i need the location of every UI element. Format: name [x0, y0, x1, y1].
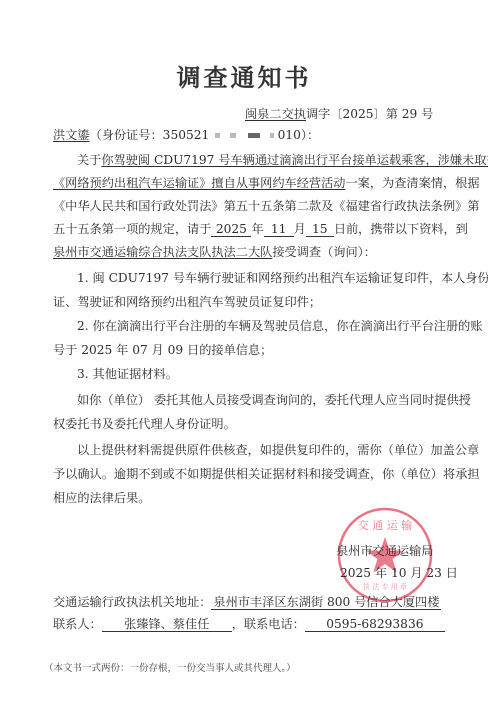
svg-text:执 法 专 用 章: 执 法 专 用 章	[363, 582, 407, 591]
item-1-cont: 证、驾驶证和网络预约出租汽车驾驶员证复印件；	[53, 294, 321, 310]
recipient-id-prefix: （身份证号：350521	[90, 128, 210, 142]
contact-person-label: 联系人：	[53, 617, 102, 631]
body-line: 泉州市交通运输综合执法支队执法二大队接受调查（询问）：	[53, 244, 376, 260]
footnote: （本文书一式两份：一份存根，一份交当事人或其代理人。）	[44, 660, 296, 674]
text: 月	[294, 222, 306, 236]
body-line: 权委托书及委托代理人身份证明。	[53, 416, 236, 432]
redaction-mark	[270, 133, 274, 138]
doc-issuer: 闽泉二交执	[245, 107, 306, 121]
redaction-mark	[248, 133, 260, 138]
body-line: 如你（单位） 委托其他人员接受调查询问的，委托代理人应当同时提供授	[77, 392, 471, 408]
doc-number-rest: 调字〔2025〕第 29 号	[306, 107, 433, 121]
body-line: 五十五条第一项的规定，请于2025年11月15日前，携带以下资料，到	[53, 221, 468, 237]
recipient-id-suffix: 010）：	[278, 128, 320, 142]
deadline-month: 11	[264, 222, 294, 237]
phone-value: 0595-68293836	[305, 617, 445, 632]
text: 日前，携带以下资料，到	[334, 222, 468, 236]
body-line: 予以确认。逾期不到或不如期提供相关证据材料和接受调查，你（单位）将承担	[53, 466, 480, 482]
document-title: 调查通知书	[0, 58, 488, 93]
text: 一案，为查清案情，根据	[346, 176, 480, 190]
address-value: 泉州市丰泽区东湖街 800 号信合大厦四楼	[211, 595, 441, 610]
recipient-line: 洪文鎏（身份证号：350521 010）：	[53, 127, 319, 143]
document-page: 调查通知书 闽泉二交执调字〔2025〕第 29 号 洪文鎏（身份证号：35052…	[0, 0, 488, 719]
phone-label: ，联系电话：	[232, 617, 305, 631]
body-line: 相应的法律后果。	[53, 490, 151, 506]
recipient-name: 洪文鎏	[53, 128, 90, 142]
body-line: 《中华人民共和国行政处罚法》第五十五条第二款及《福建省行政执法条例》第	[53, 198, 480, 214]
svg-text:交 通 运 输: 交 通 运 输	[358, 518, 413, 532]
address-label: 交通运输行政执法机关地址：	[53, 595, 211, 609]
body-line: 以上提供材料需提供原件供核查，如提供复印件的，需你（单位）加盖公章	[77, 442, 479, 458]
address-row: 交通运输行政执法机关地址：泉州市丰泽区东湖街 800 号信合大厦四楼	[53, 594, 441, 610]
text: 年	[251, 222, 263, 236]
deadline-year: 2025	[211, 222, 251, 237]
text: 五十五条第一项的规定，请于	[53, 222, 211, 236]
case-description: 《网络预约出租汽车运输证》擅自从事网约车经营活动	[53, 176, 346, 190]
case-description: 你驾驶闽 CDU7197 号车辆通过滴滴出行平台接单运载乘客，涉嫌未取得	[101, 153, 488, 167]
doc-number: 闽泉二交执调字〔2025〕第 29 号	[245, 106, 433, 122]
issue-date: 2025 年 10 月 23 日	[340, 565, 458, 581]
item-2: 2. 你在滴滴出行平台注册的车辆及驾驶员信息，你在滴滴出行平台注册的账	[77, 318, 483, 334]
redaction-mark	[230, 133, 236, 138]
contact-row: 联系人：张臻锋、蔡佳任，联系电话：0595-68293836	[53, 616, 445, 632]
investigation-unit: 泉州市交通运输综合执法支队执法二大队	[53, 245, 272, 259]
item-1: 1. 闽 CDU7197 号车辆行驶证和网络预约出租汽车运输证复印件，本人身份	[77, 270, 488, 286]
text: 接受调查（询问）：	[272, 245, 376, 259]
issuing-org: 泉州市交通运输局	[336, 543, 434, 559]
item-2-cont: 号于 2025 年 07 月 09 日的接单信息；	[53, 342, 272, 358]
deadline-day: 15	[306, 222, 334, 237]
body-line: 关于你驾驶闽 CDU7197 号车辆通过滴滴出行平台接单运载乘客，涉嫌未取得	[77, 152, 488, 168]
redaction-mark	[215, 133, 220, 138]
text: 关于	[77, 153, 101, 167]
body-line: 《网络预约出租汽车运输证》擅自从事网约车经营活动一案，为查清案情，根据	[53, 175, 480, 191]
item-3: 3. 其他证据材料。	[77, 366, 178, 382]
contact-person-value: 张臻锋、蔡佳任	[102, 617, 232, 632]
